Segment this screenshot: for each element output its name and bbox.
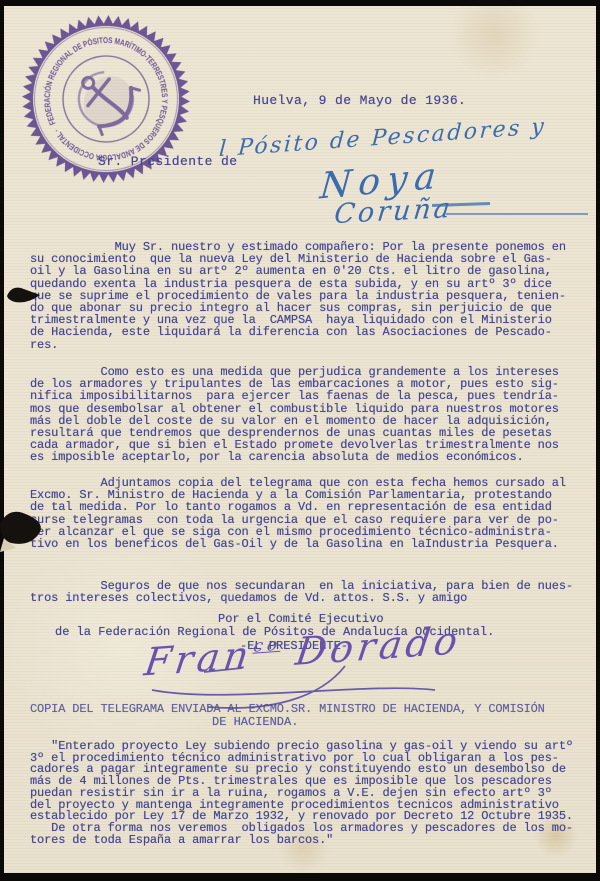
- rubber-stamp-seal: FEDERACIÓN REGIONAL DE PÓSITOS MARÍTIMO-…: [0, 0, 224, 217]
- anchor-emblem-icon: [65, 58, 147, 140]
- ink-blot-top: [6, 281, 44, 311]
- addressee-handwritten: l Pósito de Pescadores y: [218, 114, 547, 162]
- ink-blot-bottom: [0, 504, 52, 556]
- document-content: FEDERACIÓN REGIONAL DE PÓSITOS MARÍTIMO-…: [0, 0, 600, 881]
- telegram-text: "Enterado proyecto Ley subiendo precio g…: [30, 741, 586, 846]
- paragraph-1: Muy Sr. nuestro y estimado compañero: Po…: [30, 241, 586, 351]
- closing-committee-line: Por el Comité Ejecutivo: [218, 612, 384, 626]
- scanned-document-page: FEDERACIÓN REGIONAL DE PÓSITOS MARÍTIMO-…: [0, 0, 600, 881]
- salutation-typed: Sr. Presidente de: [98, 154, 237, 169]
- addressee-province-handwritten: Coruña: [333, 193, 455, 230]
- ink-underline-dash: [446, 213, 588, 215]
- paragraph-3: Adjuntamos copia del telegrama que con e…: [30, 477, 586, 550]
- copy-heading-line1: COPIA DEL TELEGRAMA ENVIADA AL EXCMO.SR.…: [30, 702, 545, 716]
- paragraph-4: Seguros de que nos secundaran en la inic…: [30, 580, 586, 604]
- copy-heading-line2: DE HACIENDA.: [212, 715, 298, 729]
- ink-scribble: [432, 202, 490, 207]
- date-line: Huelva, 9 de Mayo de 1936.: [253, 93, 466, 108]
- paragraph-2: Como esto es una medida que perjudica gr…: [30, 366, 586, 464]
